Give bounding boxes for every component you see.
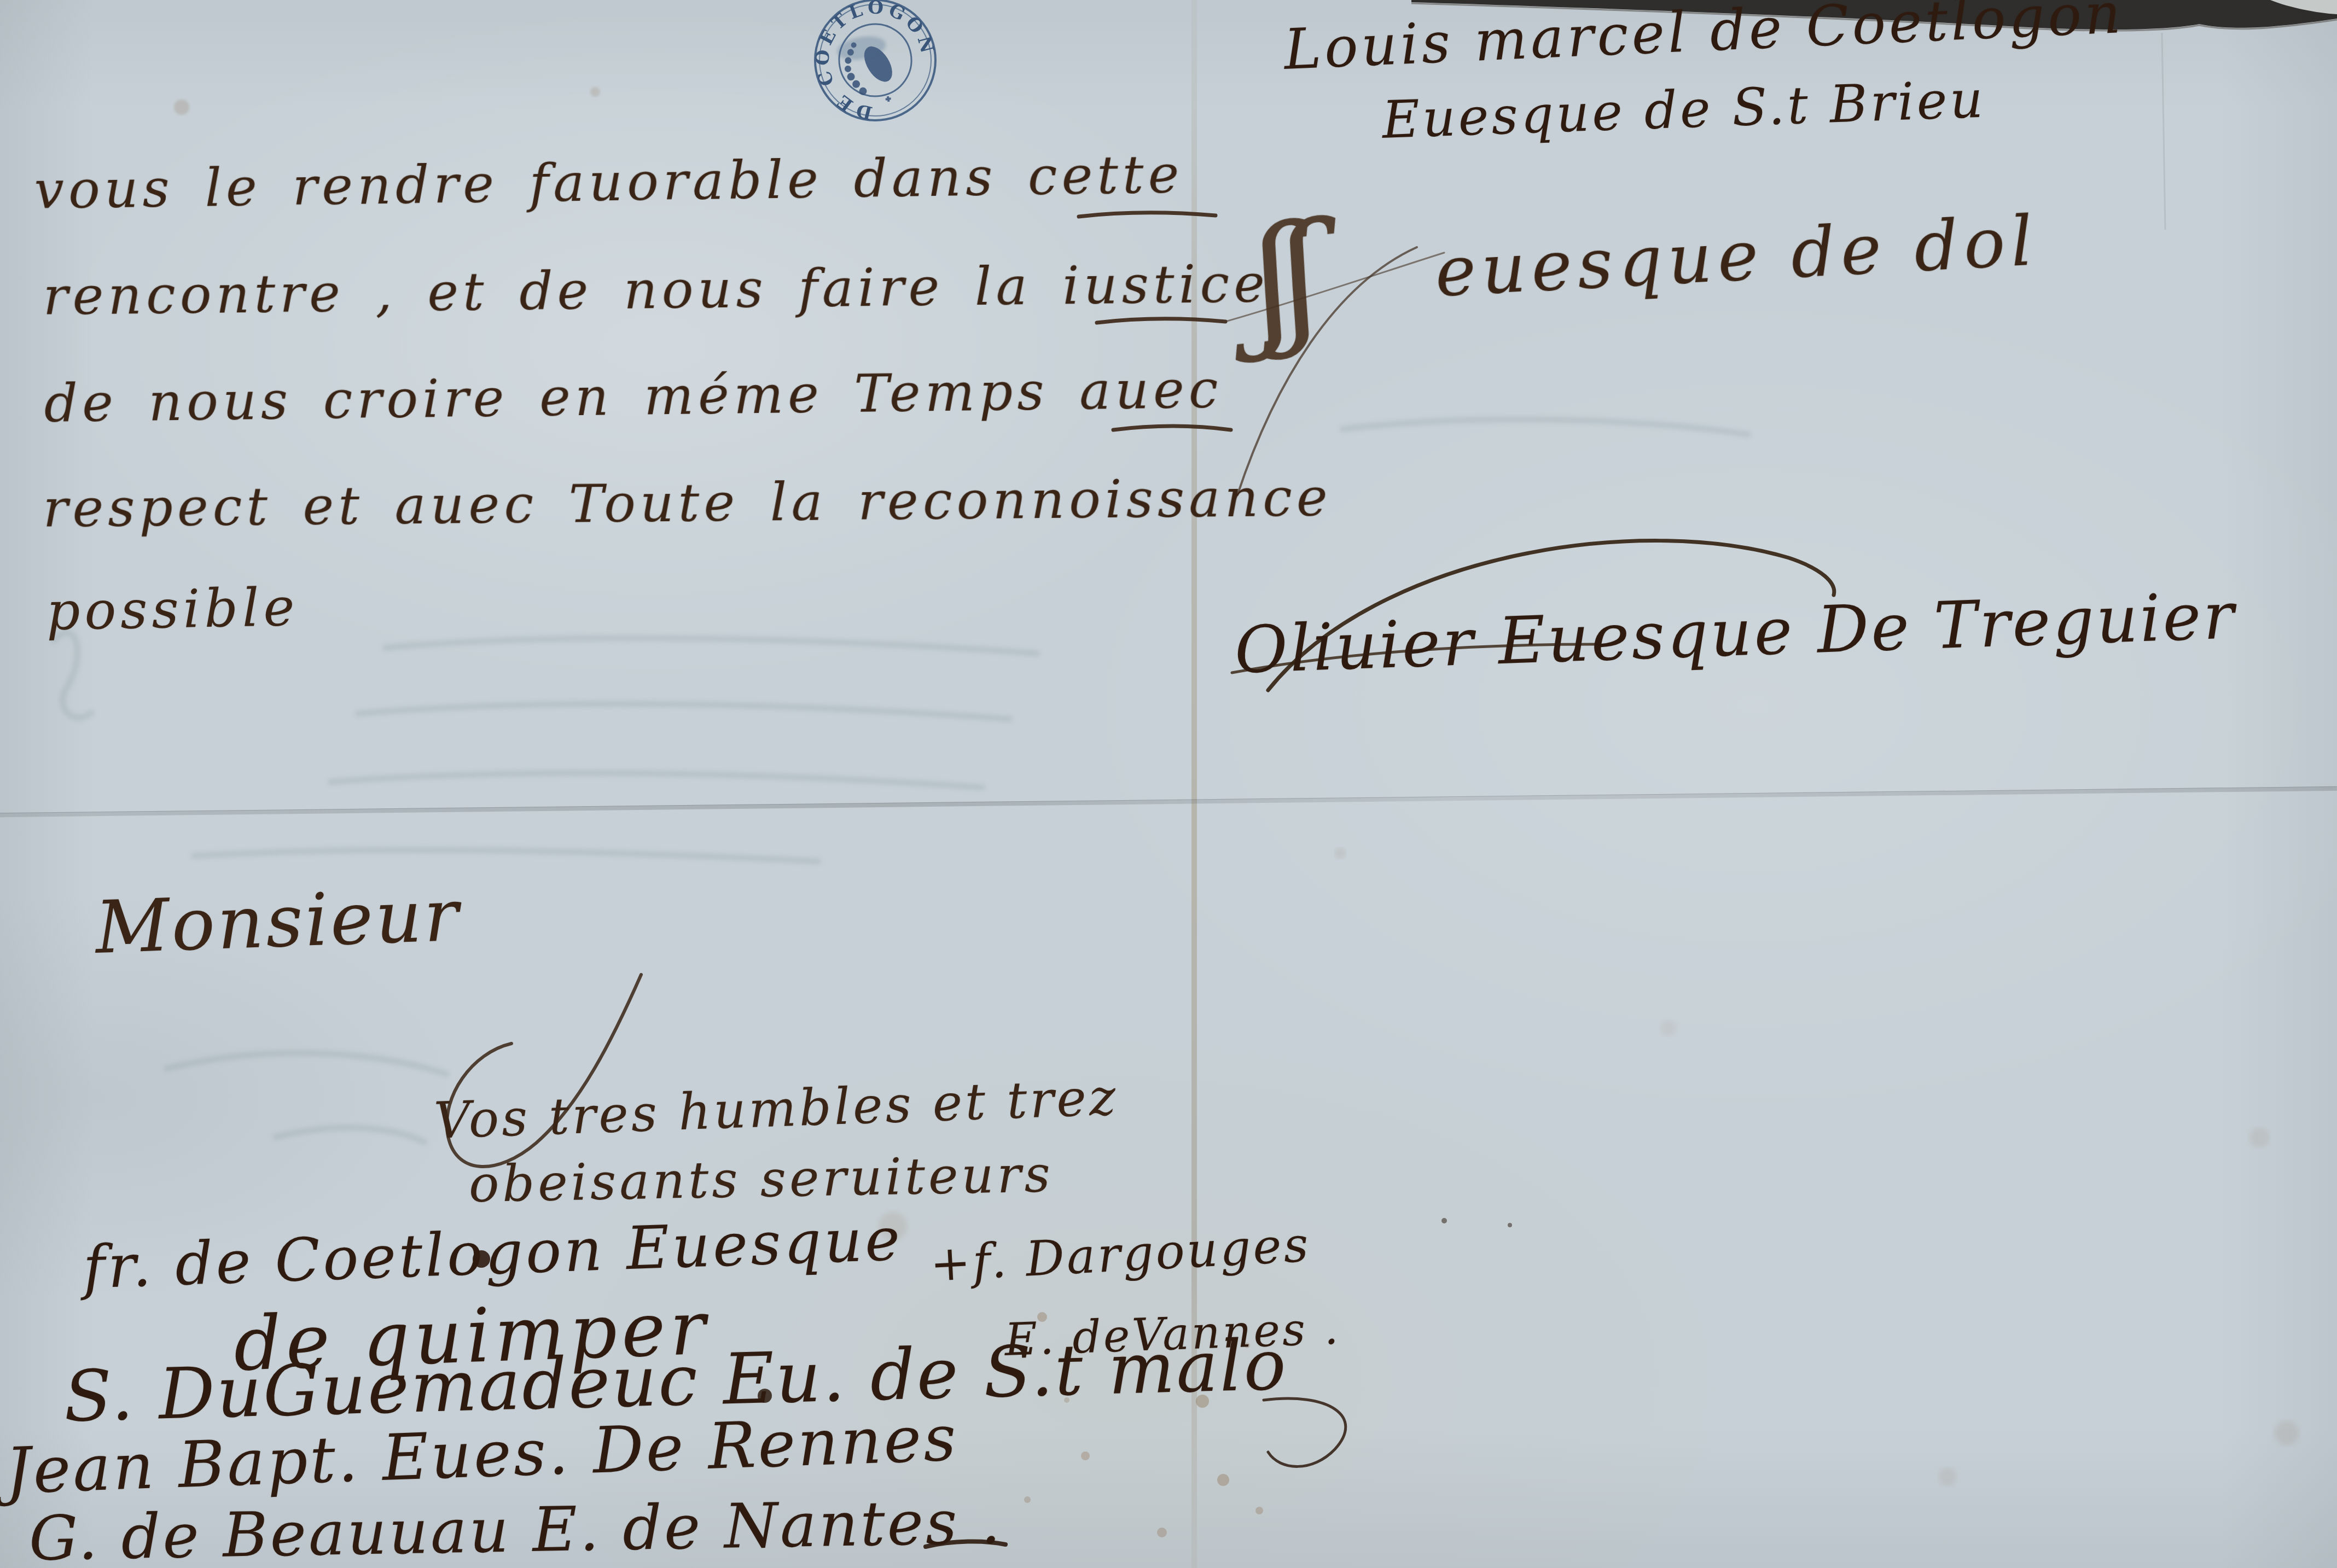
stmalo-tail-flourish <box>1264 1398 1346 1466</box>
signature-dol-initials: ʃʃ <box>1246 202 1317 356</box>
salutation: Monsieur <box>94 878 462 966</box>
signature-quimper-name: fr. de Coetlogon Euesque <box>82 1209 904 1299</box>
closing-line-2: obeisants seruiteurs <box>468 1148 1054 1211</box>
body-line-5: possible <box>46 580 299 639</box>
body-line-1: vous le rendre fauorable dans cette <box>34 147 1184 218</box>
body-line-3: de nous croire en méme Temps auec <box>44 362 1223 432</box>
closing-line-1: Vos tres humbles et trez <box>433 1071 1119 1147</box>
corner-crease <box>2162 33 2165 230</box>
horizontal-fold-crease <box>0 786 2337 817</box>
signature-nantes: G. de Beauuau E. de Nantes . <box>28 1490 1003 1568</box>
body-line-2: rencontre , et de nous faire la iustice <box>43 257 1269 324</box>
letter-scan: DE COETLOGON vous le rendre fauorable da… <box>0 0 2337 1568</box>
signature-stbrieuc-title: Euesque de S.t Brieu <box>1381 73 1987 148</box>
signature-vannes-name: +f. Dargouges <box>929 1220 1312 1290</box>
body-line-4: respect et auec Toute la reconnoissance <box>43 470 1332 536</box>
signature-stbrieuc-name: Louis marcel de Coetlogon <box>1283 0 2125 79</box>
coetlogon-stamp: DE COETLOGON <box>791 0 960 135</box>
signature-treguier: Oliuier Euesque De Treguier <box>1234 582 2237 685</box>
signature-dol-title: euesque de dol <box>1433 205 2040 308</box>
background-sheet-corner <box>2270 0 2337 14</box>
